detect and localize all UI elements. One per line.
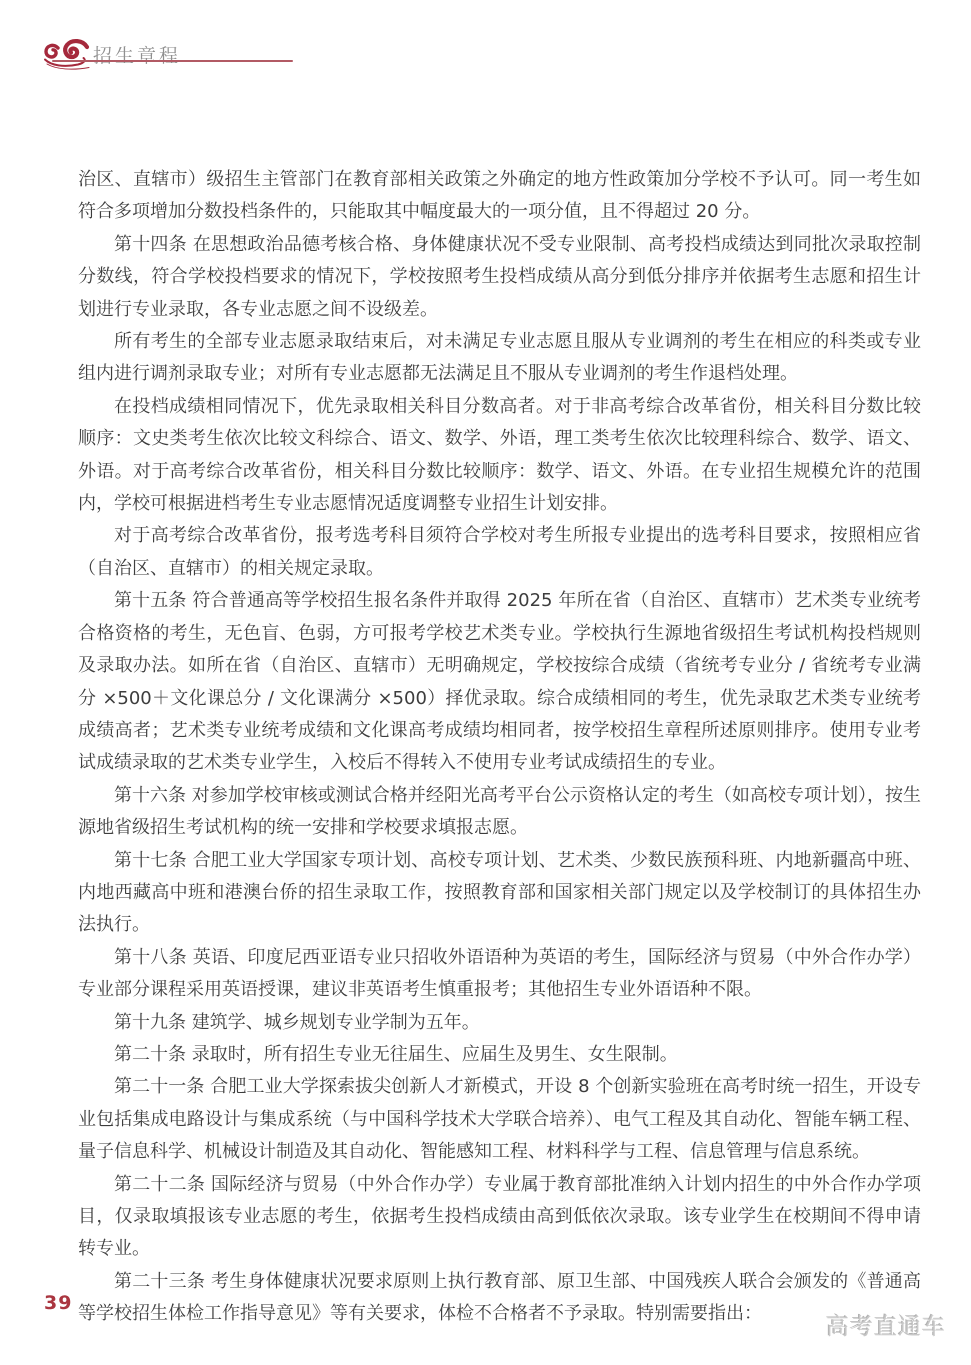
paragraph: 第十九条 建筑学、城乡规划专业学制为五年。 [78,1007,921,1039]
header-underline-divider [52,60,293,62]
document-body: 治区、直辖市）级招生主管部门在教育部相关政策之外确定的地方性政策加分学校不予认可… [78,164,921,1331]
watermark: 高考直通车 [826,1308,946,1341]
paragraph: 对于高考综合改革省份，报考选考科目须符合学校对考生所报专业提出的选考科目要求，按… [78,520,921,585]
paragraph: 第二十条 录取时，所有招生专业无往届生、应届生及男生、女生限制。 [78,1039,921,1071]
paragraph: 在投档成绩相同情况下，优先录取相关科目分数高者。对于非高考综合改革省份，相关科目… [78,391,921,521]
paragraph: 第十七条 合肥工业大学国家专项计划、高校专项计划、艺术类、少数民族预科班、内地新… [78,845,921,942]
paragraph: 第二十二条 国际经济与贸易（中外合作办学）专业属于教育部批准纳入计划内招生的中外… [78,1169,921,1266]
paragraph: 第十五条 符合普通高等学校招生报名条件并取得 2025 年所在省（自治区、直辖市… [78,585,921,779]
page-header: 招生章程 [0,0,971,80]
header-title: 招生章程 [93,41,181,68]
paragraph: 所有考生的全部专业志愿录取结束后，对未满足专业志愿且服从专业调剂的考生在相应的科… [78,326,921,391]
paragraph: 第二十一条 合肥工业大学探索拔尖创新人才新模式，开设 8 个创新实验班在高考时统… [78,1071,921,1168]
paragraph: 第十四条 在思想政治品德考核合格、身体健康状况不受专业限制、高考投档成绩达到同批… [78,229,921,326]
paragraph: 第十八条 英语、印度尼西亚语专业只招收外语语种为英语的考生，国际经济与贸易（中外… [78,942,921,1007]
document-page: 招生章程 治区、直辖市）级招生主管部门在教育部相关政策之外确定的地方性政策加分学… [0,0,971,1365]
cloud-swirl-icon [43,37,93,75]
paragraph: 第二十三条 考生身体健康状况要求原则上执行教育部、原卫生部、中国残疾人联合会颁发… [78,1266,921,1331]
paragraph: 第十六条 对参加学校审核或测试合格并经阳光高考平台公示资格认定的考生（如高校专项… [78,780,921,845]
paragraph: 治区、直辖市）级招生主管部门在教育部相关政策之外确定的地方性政策加分学校不予认可… [78,164,921,229]
page-number: 39 [44,1292,72,1314]
